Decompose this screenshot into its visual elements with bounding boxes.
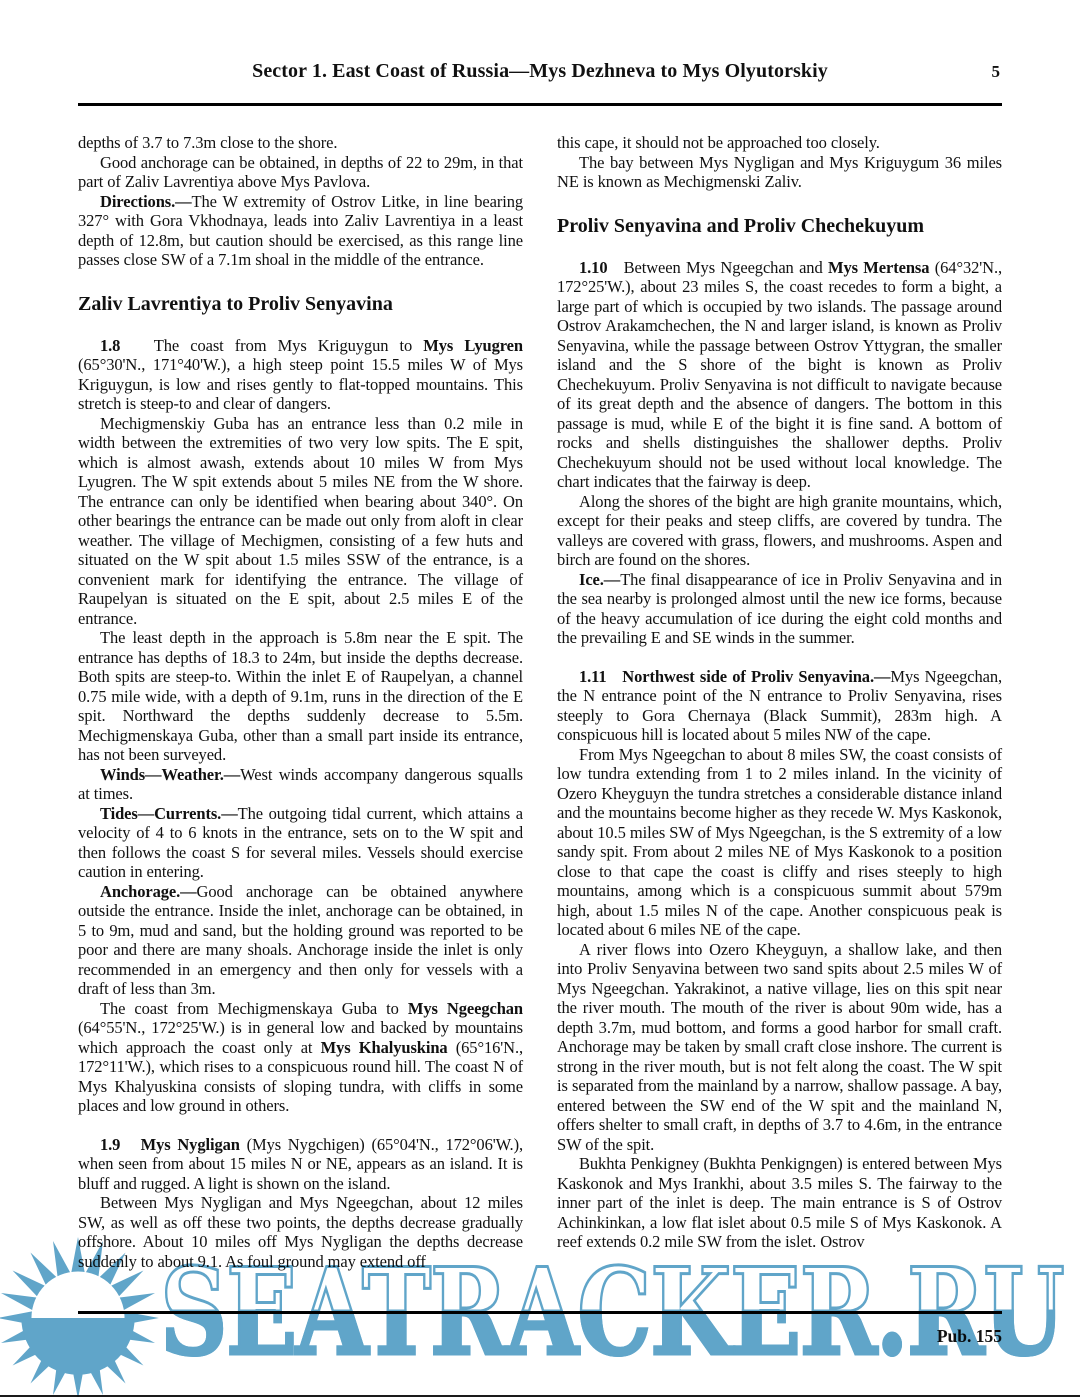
paragraph: Between Mys Nygligan and Mys Ngeegchan, … — [78, 1193, 523, 1271]
page-title: Sector 1. East Coast of Russia—Mys Dezhn… — [78, 60, 1002, 83]
paragraph: From Mys Ngeegchan to about 8 miles SW, … — [557, 745, 1002, 940]
paragraph: Mechigmenskiy Guba has an entrance less … — [78, 414, 523, 629]
page-header: Sector 1. East Coast of Russia—Mys Dezhn… — [78, 60, 1002, 83]
document-page: Sector 1. East Coast of Russia—Mys Dezhn… — [0, 0, 1080, 1397]
paragraph: Directions.—The W extremity of Ostrov Li… — [78, 192, 523, 270]
paragraph: 1.8 The coast from Mys Kriguygun to Mys … — [78, 336, 523, 414]
paragraph: A river flows into Ozero Kheyguyn, a sha… — [557, 940, 1002, 1155]
paragraph: The least depth in the approach is 5.8m … — [78, 628, 523, 765]
right-column: this cape, it should not be approached t… — [557, 133, 1002, 1271]
paragraph: Ice.—The final disappearance of ice in P… — [557, 570, 1002, 648]
paragraph: 1.9 Mys Nygligan (Mys Nygchigen) (65°04'… — [78, 1135, 523, 1194]
paragraph: 1.11 Northwest side of Proliv Senyavina.… — [557, 667, 1002, 745]
paragraph: Along the shores of the bight are high g… — [557, 492, 1002, 570]
header-rule — [78, 103, 1002, 106]
left-column: depths of 3.7 to 7.3m close to the shore… — [78, 133, 523, 1271]
two-column-content: depths of 3.7 to 7.3m close to the shore… — [78, 133, 1002, 1271]
paragraph: The bay between Mys Nygligan and Mys Kri… — [557, 153, 1002, 192]
paragraph: Tides—Currents.—The outgoing tidal curre… — [78, 804, 523, 882]
section-heading: Proliv Senyavina and Proliv Chechekuyum — [557, 214, 1002, 238]
paragraph: Bukhta Penkigney (Bukhta Penkigngen) is … — [557, 1154, 1002, 1252]
paragraph: Anchorage.—Good anchorage can be obtaine… — [78, 882, 523, 999]
paragraph: 1.10 Between Mys Ngeegchan and Mys Merte… — [557, 258, 1002, 492]
paragraph: Winds—Weather.—West winds accompany dang… — [78, 765, 523, 804]
page-number: 5 — [992, 62, 1001, 82]
paragraph: depths of 3.7 to 7.3m close to the shore… — [78, 133, 523, 153]
paragraph: The coast from Mechigmenskaya Guba to My… — [78, 999, 523, 1116]
footer-rule — [78, 1311, 1002, 1314]
section-heading: Zaliv Lavrentiya to Proliv Senyavina — [78, 292, 523, 316]
paragraph: this cape, it should not be approached t… — [557, 133, 1002, 153]
paragraph: Good anchorage can be obtained, in depth… — [78, 153, 523, 192]
publication-number: Pub. 155 — [937, 1326, 1002, 1347]
